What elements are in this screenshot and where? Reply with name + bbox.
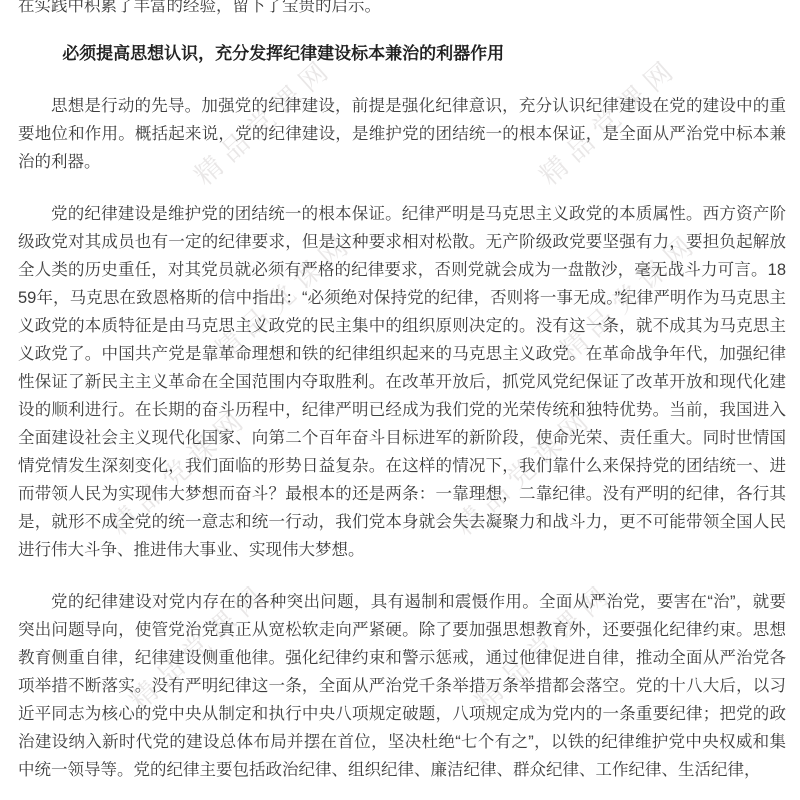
paragraph-partial-top: 在实践中积累了丰富的经验，留下了宝贵的启示。 (18, 0, 786, 20)
document-page: 精品党课网 精品党课网 精品党课网 精品党课网 精品党课网 精品党课网 精品党课… (0, 0, 800, 800)
paragraph-2: 党的纪律建设是维护党的团结统一的根本保证。纪律严明是马克思主义政党的本质属性。西… (18, 200, 786, 564)
section-heading: 必须提高思想认识，充分发挥纪律建设标本兼治的利器作用 (18, 40, 786, 68)
paragraph-3: 党的纪律建设对党内存在的各种突出问题，具有遏制和震慑作用。全面从严治党，要害在“… (18, 588, 786, 784)
paragraph-1: 思想是行动的先导。加强党的纪律建设，前提是强化纪律意识，充分认识纪律建设在党的建… (18, 92, 786, 176)
document-content: 在实践中积累了丰富的经验，留下了宝贵的启示。 必须提高思想认识，充分发挥纪律建设… (0, 0, 800, 784)
